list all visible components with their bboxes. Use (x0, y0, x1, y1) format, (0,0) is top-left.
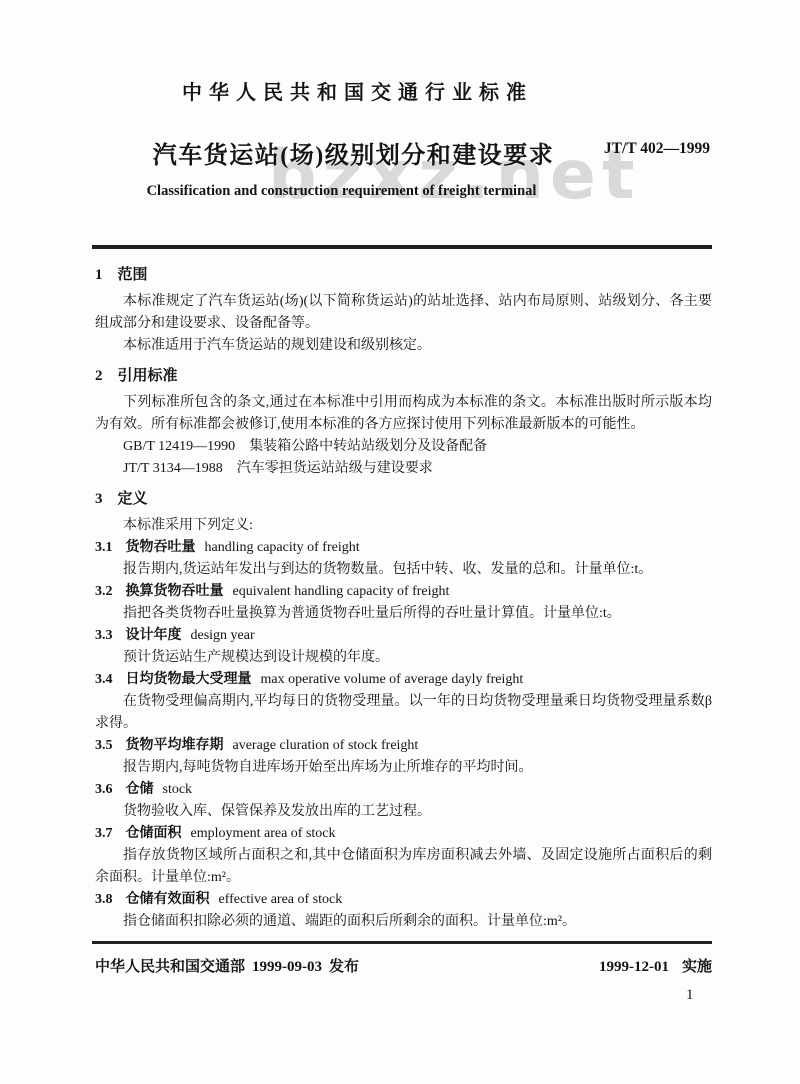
paragraph: 报告期内,货运站年发出与到达的货物数量。包括中转、收、发量的总和。计量单位:t。 (95, 559, 712, 581)
term-number: 3.7 (95, 826, 113, 841)
section-title: 引用标准 (118, 368, 178, 384)
term-chinese: 仓储面积 (126, 826, 182, 841)
term-number: 3.6 (95, 782, 113, 797)
definition-term: 3.8仓储有效面积effective area of stock (95, 889, 712, 911)
section-heading: 2引用标准 (95, 365, 712, 387)
definition-term: 3.2换算货物吞吐量equivalent handling capacity o… (95, 581, 712, 603)
term-number: 3.4 (95, 672, 113, 687)
definition-term: 3.5货物平均堆存期average cluration of stock fre… (95, 735, 712, 757)
standard-category-title: 中华人民共和国交通行业标准 (49, 76, 666, 105)
implementation-statement: 1999-12-01实施 (599, 955, 712, 976)
term-english: stock (163, 782, 193, 797)
term-number: 3.8 (95, 892, 113, 907)
term-chinese: 仓储 (126, 782, 154, 797)
section-title: 范围 (118, 267, 148, 283)
paragraph: 本标准规定了汽车货运站(场)(以下简称货运站)的站址选择、站内布局原则、站级划分… (95, 291, 712, 335)
implementation-date: 1999-12-01 (599, 959, 669, 975)
issue-action: 发布 (329, 959, 359, 975)
section-number: 3 (95, 491, 103, 507)
term-chinese: 货物平均堆存期 (126, 738, 224, 753)
section-number: 2 (95, 368, 103, 384)
section-heading: 1范围 (95, 264, 712, 286)
document-body: 1范围本标准规定了汽车货运站(场)(以下简称货运站)的站址选择、站内布局原则、站… (95, 256, 712, 933)
implementation-action: 实施 (682, 959, 712, 975)
english-subtitle: Classification and construction requirem… (33, 183, 650, 200)
header-rule (92, 245, 712, 249)
term-number: 3.3 (95, 628, 113, 643)
term-english: handling capacity of freight (205, 540, 360, 555)
term-english: equivalent handling capacity of freight (233, 584, 450, 599)
title-row: 汽车货运站(场)级别划分和建设要求 JT/T 402—1999 (95, 135, 712, 169)
paragraph: 下列标准所包含的条文,通过在本标准中引用而构成为本标准的条文。本标准出版时所示版… (95, 392, 712, 436)
definition-term: 3.1货物吞吐量handling capacity of freight (95, 537, 712, 559)
document-footer: 中华人民共和国交通部1999-09-03发布 1999-12-01实施 (95, 955, 712, 976)
term-chinese: 日均货物最大受理量 (126, 672, 252, 687)
definition-term: 3.4日均货物最大受理量max operative volume of aver… (95, 669, 712, 691)
issue-date: 1999-09-03 (252, 959, 322, 975)
term-english: max operative volume of average dayly fr… (261, 672, 524, 687)
term-chinese: 设计年度 (126, 628, 182, 643)
term-english: design year (191, 628, 255, 643)
paragraph: 货物验收入库、保管保养及发放出库的工艺过程。 (95, 801, 712, 823)
document-title: 汽车货运站(场)级别划分和建设要求 (45, 135, 662, 170)
reference-item: JT/T 3134—1988 汽车零担货运站站级与建设要求 (95, 458, 712, 480)
issuer: 中华人民共和国交通部 (95, 959, 245, 975)
term-english: effective area of stock (219, 892, 343, 907)
paragraph: 指仓储面积扣除必须的通道、端距的面积后所剩余的面积。计量单位:m²。 (95, 911, 712, 933)
term-number: 3.1 (95, 540, 113, 555)
term-chinese: 换算货物吞吐量 (126, 584, 224, 599)
standard-number: JT/T 402—1999 (604, 140, 710, 158)
term-chinese: 仓储有效面积 (126, 892, 210, 907)
footer-rule (92, 941, 712, 944)
issue-statement: 中华人民共和国交通部1999-09-03发布 (95, 955, 359, 976)
definition-term: 3.3设计年度design year (95, 625, 712, 647)
reference-item: GB/T 12419—1990 集装箱公路中转站站级划分及设备配备 (95, 436, 712, 458)
term-english: average cluration of stock freight (233, 738, 419, 753)
term-number: 3.5 (95, 738, 113, 753)
paragraph: 报告期内,每吨货物自进库场开始至出库场为止所堆存的平均时间。 (95, 757, 712, 779)
paragraph: 预计货运站生产规模达到设计规模的年度。 (95, 647, 712, 669)
term-number: 3.2 (95, 584, 113, 599)
paragraph: 指把各类货物吞吐量换算为普通货物吞吐量后所得的吞吐量计算值。计量单位:t。 (95, 603, 712, 625)
paragraph: 在货物受理偏高期内,平均每日的货物受理量。以一年的日均货物受理量乘日均货物受理量… (95, 691, 712, 735)
paragraph: 指存放货物区域所占面积之和,其中仓储面积为库房面积减去外墙、及固定设施所占面积后… (95, 845, 712, 889)
definition-term: 3.6仓储stock (95, 779, 712, 801)
paragraph: 本标准适用于汽车货运站的规划建设和级别核定。 (95, 335, 712, 357)
section-title: 定义 (118, 491, 148, 507)
page-number: 1 (686, 987, 694, 1004)
definition-term: 3.7仓储面积employment area of stock (95, 823, 712, 845)
document-page: bzxz.net 中华人民共和国交通行业标准 汽车货运站(场)级别划分和建设要求… (0, 0, 800, 1084)
term-chinese: 货物吞吐量 (126, 540, 196, 555)
section-number: 1 (95, 267, 103, 283)
section-heading: 3定义 (95, 488, 712, 510)
paragraph: 本标准采用下列定义: (95, 515, 712, 537)
document-header: 中华人民共和国交通行业标准 汽车货运站(场)级别划分和建设要求 JT/T 402… (95, 76, 712, 200)
term-english: employment area of stock (191, 826, 336, 841)
